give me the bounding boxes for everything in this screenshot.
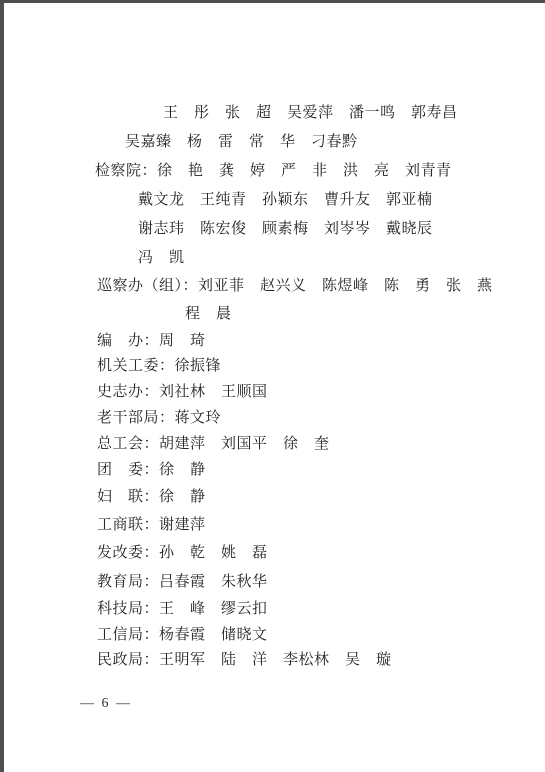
line-history-office: 史志办：刘社林 王顺国 (97, 383, 268, 402)
line-veteran-cadre-bureau: 老干部局：蒋文玲 (97, 409, 221, 428)
line-procuratorate: 检察院：徐 艳 龚 婷 严 非 洪 亮 刘青青 (95, 162, 452, 181)
page-number: — 6 — (80, 696, 132, 712)
names-continuation-line-1: 王 彤 张 超 吴爱萍 潘一鸣 郭寿昌 (163, 104, 458, 123)
scan-border-left (0, 0, 4, 772)
line-youth-league: 团 委：徐 静 (97, 461, 206, 480)
line-procuratorate-cont-1: 戴文龙 王纯青 孙颖东 曹升友 郭亚楠 (138, 191, 433, 210)
line-science-tech-bureau: 科技局：王 峰 缪云扣 (97, 600, 268, 619)
line-inspection-office-cont: 程 晨 (185, 305, 232, 324)
line-organ-work-committee: 机关工委：徐振锋 (97, 357, 221, 376)
scan-border-top (0, 0, 545, 3)
line-procuratorate-cont-2: 谢志玮 陈宏俊 顾素梅 刘岑岑 戴晓辰 (138, 220, 433, 239)
line-industry-info-bureau: 工信局：杨春霞 储晓文 (97, 626, 268, 645)
line-civil-affairs-bureau: 民政局：王明军 陆 洋 李松林 吴 璇 (97, 651, 392, 670)
line-education-bureau: 教育局：吕春霞 朱秋华 (97, 573, 268, 592)
line-trade-union: 总工会：胡建萍 刘国平 徐 奎 (97, 435, 330, 454)
line-industry-commerce-federation: 工商联：谢建萍 (97, 516, 206, 535)
line-procuratorate-cont-3: 冯 凯 (138, 249, 185, 268)
line-womens-federation: 妇 联：徐 静 (97, 488, 206, 507)
line-staffing-office: 编 办：周 琦 (97, 332, 206, 351)
line-development-reform-commission: 发改委：孙 乾 姚 磊 (97, 544, 268, 563)
document-page: 王 彤 张 超 吴爱萍 潘一鸣 郭寿昌 吴嘉臻 杨 雷 常 华 刁春黔 检察院：… (0, 0, 545, 772)
line-inspection-office: 巡察办（组）：刘亚菲 赵兴义 陈煜峰 陈 勇 张 燕 (97, 277, 493, 296)
names-continuation-line-2: 吴嘉臻 杨 雷 常 华 刁春黔 (125, 133, 358, 152)
